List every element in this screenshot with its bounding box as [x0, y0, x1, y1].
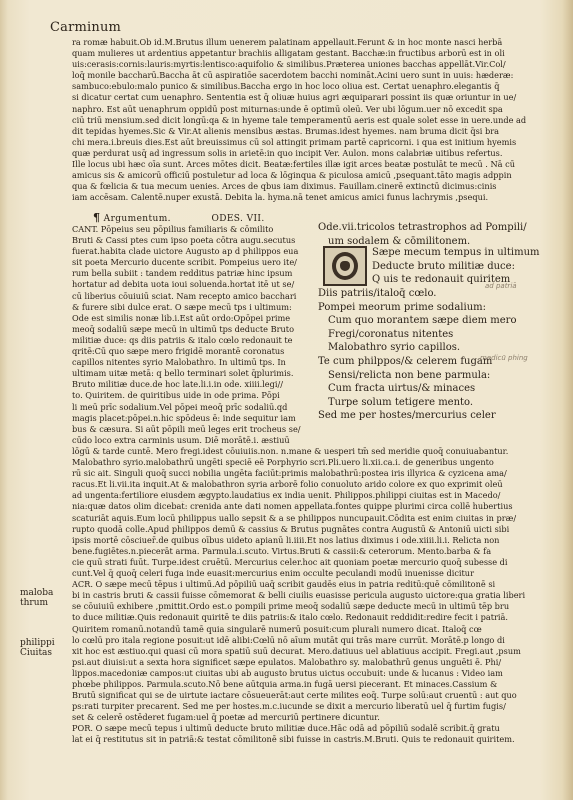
commentary-line: li meū prīc sodalium.Vel pōpei meoq̄ prī… — [72, 402, 310, 413]
odes-label: ODES. — [211, 214, 243, 224]
commentary-line: Quiritem romanū.notandū tamē quia singul… — [72, 624, 542, 635]
commentary-line: Malobathro syrio.malobathrū ungēti speci… — [72, 457, 542, 468]
commentary-line: meoq̄ sodaliū sæpe mecū in ultimū tps de… — [72, 324, 310, 335]
commentary-line: si dicatur certat cum uenaphro. Sententi… — [72, 92, 542, 103]
handwritten-annotation: ad patriā — [485, 282, 517, 290]
commentary-line: ciū triū mensium.sed dicit longū:qa & in… — [72, 115, 542, 126]
argumentum-heading: ¶ Argumentum. ODES. VII. — [93, 211, 265, 224]
commentary-line: se cōuiuiū exhibere ,pmittit.Ordo est.o … — [72, 601, 542, 612]
commentary-bottom-block: lōgū & tarde cuntē. Mero fregi.idest cōu… — [72, 446, 542, 746]
commentary-line: qua & fœlicia & tua mecum uenies. Arces … — [72, 181, 542, 192]
handwritten-annotation: medicū phing — [480, 354, 528, 362]
commentary-line: chi mera.i.breuis dies.Est aūt breuissim… — [72, 137, 542, 148]
verse-line: Malobathro syrio capillos. — [318, 341, 558, 355]
commentary-line: cū liberius cōuiuiū sciat. Nam recepto a… — [72, 291, 310, 302]
verse-line: Pompei meorum prime sodalium: — [318, 301, 558, 315]
commentary-line: quam mulieres ut ardentius appetantur br… — [72, 48, 542, 59]
verse-line: Sed me per hostes/mercurius celer — [318, 409, 558, 423]
commentary-line: Bruti & Cassi ptes cum ipso poeta cōtra … — [72, 235, 310, 246]
commentary-line: sambuco:ebulo:malo punico & similibus.Ba… — [72, 81, 542, 92]
ode-title-line-1: Ode.vii.tricolos tetrastrophos ad Pompil… — [318, 221, 558, 235]
commentary-line: Ode est similis nonæ lib.i.Est aūt ordo:… — [72, 313, 310, 324]
verse-line: Sensi/relicta non bene parmula: — [318, 369, 558, 383]
commentary-line: racus.Et li.vii.ita inquit.At & malobath… — [72, 479, 542, 490]
commentary-line: cie quū strati fuūt. Turpe.idest cruētū.… — [72, 557, 542, 568]
commentary-line: iam accēsam. Calentē.nuper exustā. Debit… — [72, 192, 542, 203]
commentary-line: Brutū significat qui se de uirtute iacta… — [72, 690, 542, 701]
verse-line: Fregi/coronatus nitentes — [318, 328, 558, 342]
commentary-line: lo cœlū pro itala regione posuit:ut idē … — [72, 635, 542, 646]
commentary-line: cunt̄.Vel q̄ quoq̄ celeri fuga inde euas… — [72, 568, 542, 579]
commentary-line: naphro. Est aūt uenaphrum oppidū post mi… — [72, 104, 542, 115]
commentary-line: to. Quiritem. de quiritibus uide in ode … — [72, 390, 310, 401]
verse-line: Diis patriis/italoq̄ cœlo. — [318, 287, 558, 301]
ode-text: Ode.vii.tricolos tetrastrophos ad Pompil… — [318, 221, 558, 248]
commentary-line: psi.aut diuisi:ut a sexta hora significe… — [72, 657, 542, 668]
commentary-line: to duce militiæ.Quis redonauit quiritē t… — [72, 612, 542, 623]
verse-line: Cum fracta uirtus/& minaces — [318, 382, 558, 396]
commentary-left-column: CANT. Pōpeius seu pōpilius familiaris & … — [72, 224, 310, 446]
commentary-line: nia:quæ datos olim dicebat̄: crenida ant… — [72, 501, 542, 512]
commentary-line: militiæ duce: qs diis patriis & italo cœ… — [72, 335, 310, 346]
commentary-line: bi in castris bruti & cassii fuisse cōme… — [72, 590, 542, 601]
commentary-line: hortatur ad debita uota ioui soluenda.ho… — [72, 279, 310, 290]
commentary-line: set & celerē ostēderet fugam:uel q̄ poet… — [72, 712, 542, 723]
commentary-line: Bruto militiæ duce.de hoc late.li.i.in o… — [72, 379, 310, 390]
commentary-line: ad ungenta:fertiliore eiusdem ægypto.lau… — [72, 490, 542, 501]
commentary-line: ra romæ habuit.Ob id.M.Brutus illum uene… — [72, 37, 542, 48]
commentary-line: fuerat.habita clade uictore Augusto ap d… — [72, 246, 310, 257]
commentary-line: cūdo loco extra carminis usum. Diē morāt… — [72, 435, 310, 446]
commentary-line: magis placet:pōpei.n.hic spōdeus ē: inde… — [72, 413, 310, 424]
commentary-line: amicus sis & amicorū officiū postuletur … — [72, 170, 542, 181]
argumentum-label: Argumentum. — [104, 214, 171, 224]
commentary-line: rū sic ait. Singuli quoq̄ succi nobilia … — [72, 468, 542, 479]
commentary-line: ultimam uitæ metā: q bello terminari sol… — [72, 368, 310, 379]
commentary-line: dit tepidas hyemes.Sic & Vir.At alienis … — [72, 126, 542, 137]
commentary-line: ipsis mortē cōsciuer̄.de quibus oībus ui… — [72, 535, 542, 546]
commentary-top-block: ra romæ habuit.Ob id.M.Brutus illum uene… — [72, 37, 542, 203]
dropcap-verse-lines: Sæpe mecum tempus in ultimum Deducte bru… — [372, 246, 540, 287]
commentary-line: ps:rati turpiter precarent̄. Sed me per … — [72, 701, 542, 712]
commentary-line: lōgū & tarde cuntē. Mero fregi.idest cōu… — [72, 446, 542, 457]
commentary-line: loq̄ monile baccharū.Baccha āt cū aspira… — [72, 70, 542, 81]
verse-line: Sæpe mecum tempus in ultimum — [372, 246, 540, 260]
margin-note-malobathrum: maloba thrum — [20, 588, 53, 608]
commentary-line: xit hoc est æstiuo.qui quasi cū mora spa… — [72, 646, 542, 657]
commentary-line: rupto quodā colle.Apud philippos demū & … — [72, 524, 542, 535]
commentary-line: sit poeta Mercurio ducente scribit. Pomp… — [72, 257, 310, 268]
commentary-line: rum bella subiit : tandem redditus patri… — [72, 268, 310, 279]
ode-number: VII. — [247, 214, 265, 224]
commentary-line: POR. O sæpe mecū tepus i ultimū deducte … — [72, 723, 542, 734]
commentary-line: CANT. Pōpeius seu pōpilius familiaris & … — [72, 224, 310, 235]
commentary-line: lat̄ ei q̄ restitutus sit in patriā:& te… — [72, 734, 542, 745]
pilcrow-icon: ¶ — [93, 211, 100, 224]
commentary-line: Ille locus ubi hæc oīa sunt. Arces mōtes… — [72, 159, 542, 170]
commentary-line: phœbe philippos. Parmula.scuto.Nō bene a… — [72, 679, 542, 690]
verse-line: Turpe solum tetigere mento. — [318, 396, 558, 410]
commentary-line: scaturiāt aquis.Eum locū philippus uallo… — [72, 513, 542, 524]
commentary-line: bene.fugiētes.n.piecerāt arma. Parmula.i… — [72, 546, 542, 557]
commentary-line: capillos nitentes syrio Malobathro. In u… — [72, 357, 310, 368]
commentary-line: uis:cerasis:cornis:lauris:myrtis:lentisc… — [72, 59, 542, 70]
commentary-line: & furere sibi dulce erat. O sæpe mecū tp… — [72, 302, 310, 313]
commentary-line: qritē:Cū quo sæpe mero frigidē morantē c… — [72, 346, 310, 357]
commentary-line: ACR. O sæpe mecū tēpus i ultimū.Ad pōpil… — [72, 579, 542, 590]
verse-line: Deducte bruto militiæ duce: — [372, 260, 540, 274]
ornamental-dropcap-icon — [323, 246, 367, 286]
running-head: Carminum — [50, 20, 121, 35]
margin-note-philippi: philippi Ciuitas — [20, 638, 55, 658]
scanned-page: Carminum ra romæ habuit.Ob id.M.Brutus i… — [0, 0, 573, 800]
commentary-line: quæ perdurat usq̄ ad ingressum solis in … — [72, 148, 542, 159]
verse-line: Cum quo morantem sæpe diem mero — [318, 314, 558, 328]
commentary-line: lippos.macedoniæ campos:ut ciuitas ubi a… — [72, 668, 542, 679]
commentary-line: bus & cæsura. Si aūt pōpili meū leges er… — [72, 424, 310, 435]
